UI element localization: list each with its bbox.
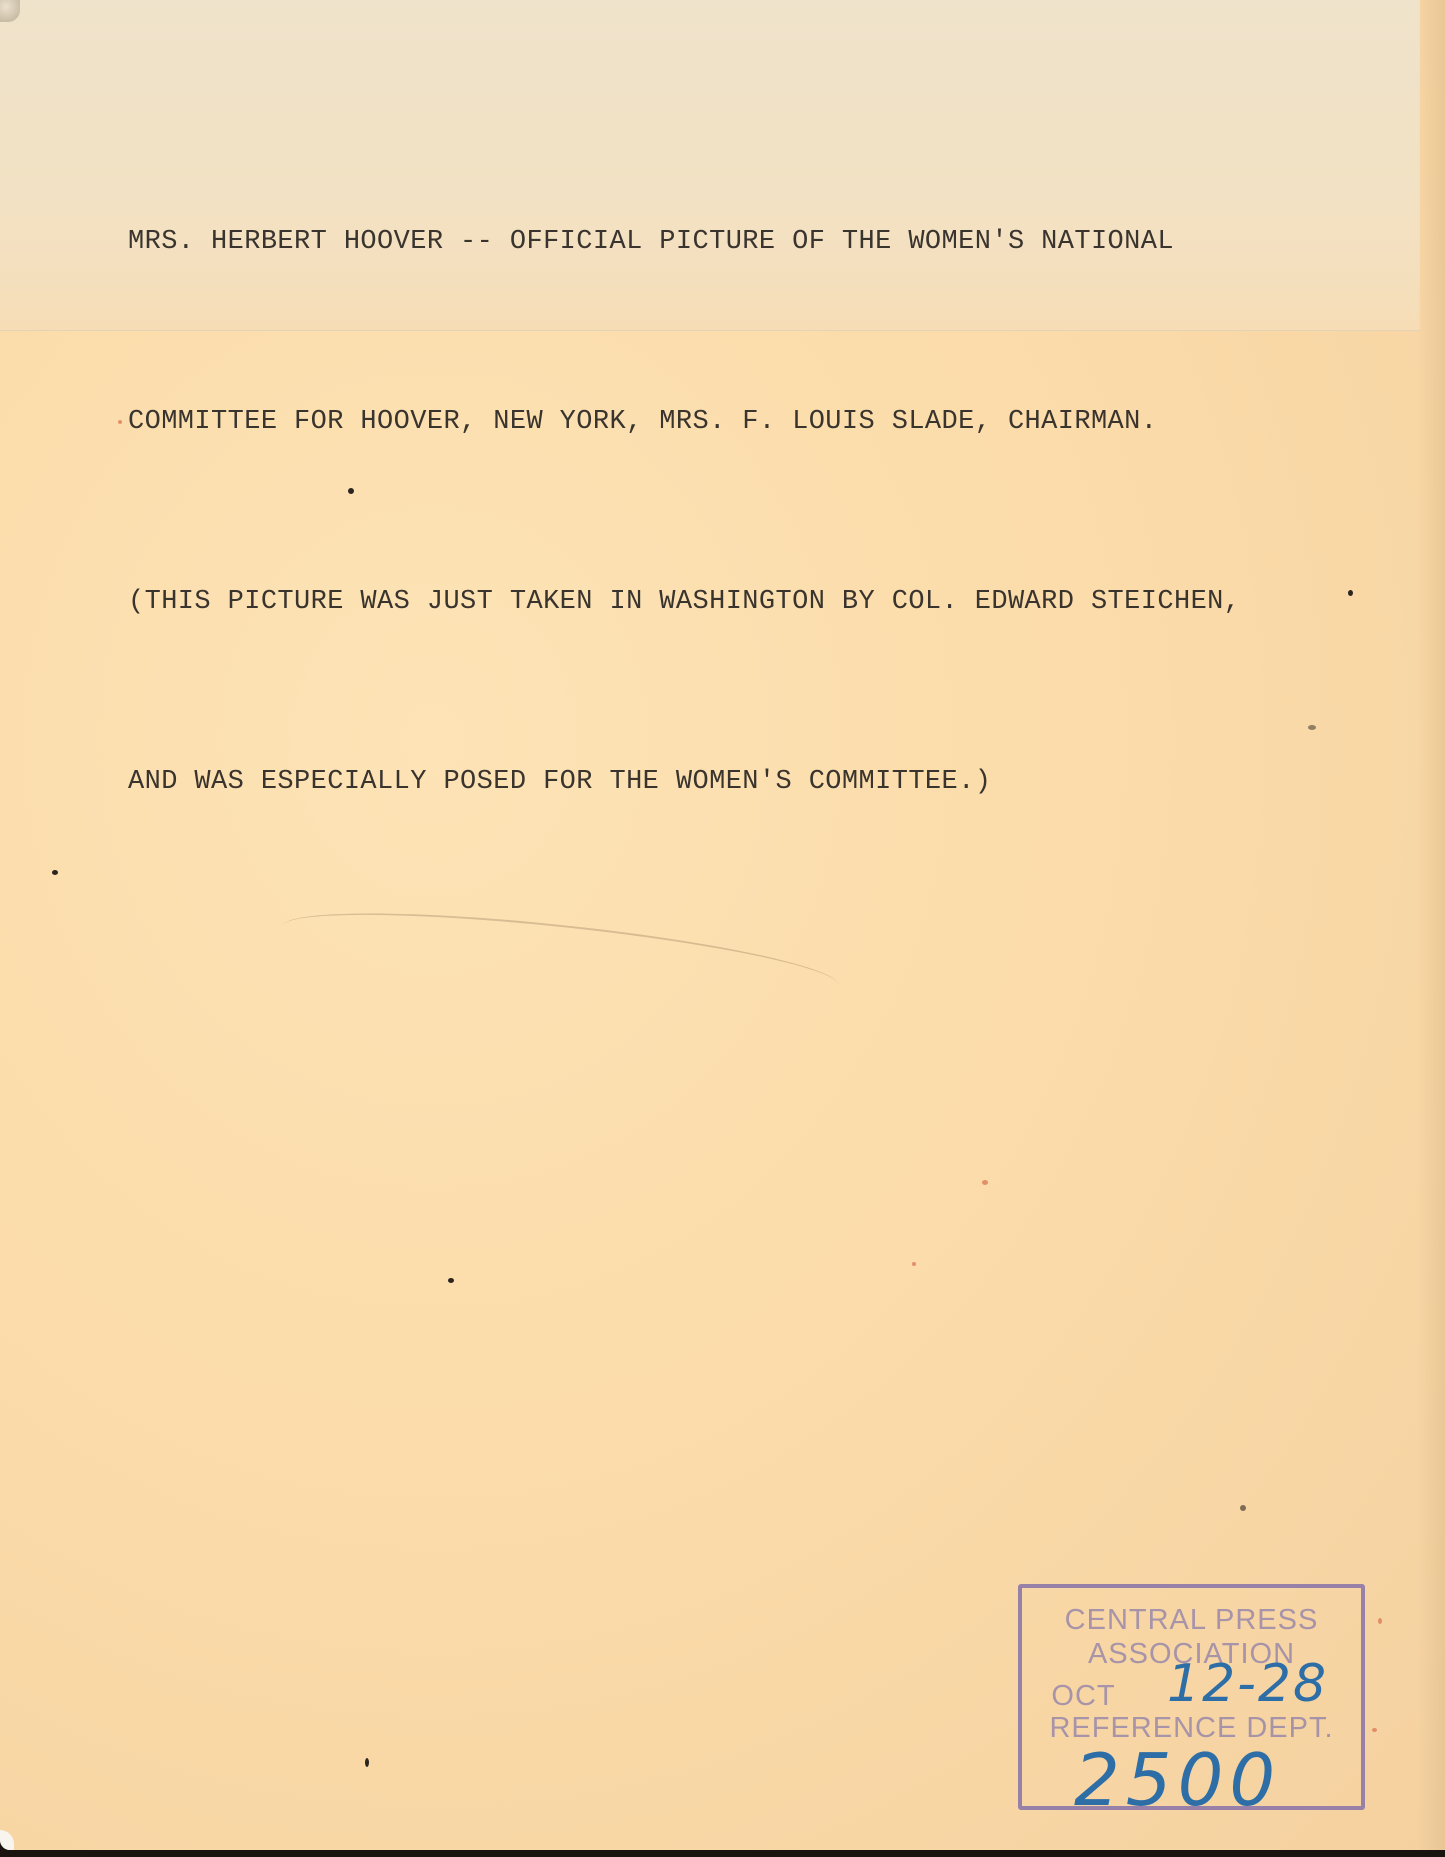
- caption-line-4: AND WAS ESPECIALLY POSED FOR THE WOMEN'S…: [128, 752, 1240, 812]
- paper-edge-shadow: [1417, 0, 1445, 1850]
- speck: [1308, 725, 1316, 730]
- rust-speck: [1372, 1728, 1377, 1732]
- handwritten-date: 12-28: [1167, 1654, 1328, 1714]
- chipped-corner: [0, 1830, 14, 1850]
- typewritten-caption: MRS. HERBERT HOOVER -- OFFICIAL PICTURE …: [128, 92, 1240, 932]
- rust-speck: [982, 1180, 988, 1185]
- handwritten-number: 2500: [1074, 1738, 1281, 1822]
- caption-line-1: MRS. HERBERT HOOVER -- OFFICIAL PICTURE …: [128, 212, 1240, 272]
- rust-speck: [912, 1262, 916, 1266]
- central-press-stamp: CENTRAL PRESS ASSOCIATION OCT REFERENCE …: [1018, 1584, 1365, 1810]
- caption-line-3: (THIS PICTURE WAS JUST TAKEN IN WASHINGT…: [128, 572, 1240, 632]
- speck: [1348, 590, 1353, 596]
- speck: [365, 1758, 369, 1767]
- speck: [52, 870, 58, 875]
- stamp-line-1: CENTRAL PRESS: [1022, 1604, 1361, 1637]
- speck: [1240, 1505, 1246, 1511]
- document-page: MRS. HERBERT HOOVER -- OFFICIAL PICTURE …: [0, 0, 1445, 1850]
- rust-speck: [1378, 1618, 1382, 1624]
- caption-line-2: COMMITTEE FOR HOOVER, NEW YORK, MRS. F. …: [128, 392, 1240, 452]
- speck: [448, 1278, 454, 1283]
- rust-speck: [118, 420, 122, 424]
- speck: [348, 488, 354, 494]
